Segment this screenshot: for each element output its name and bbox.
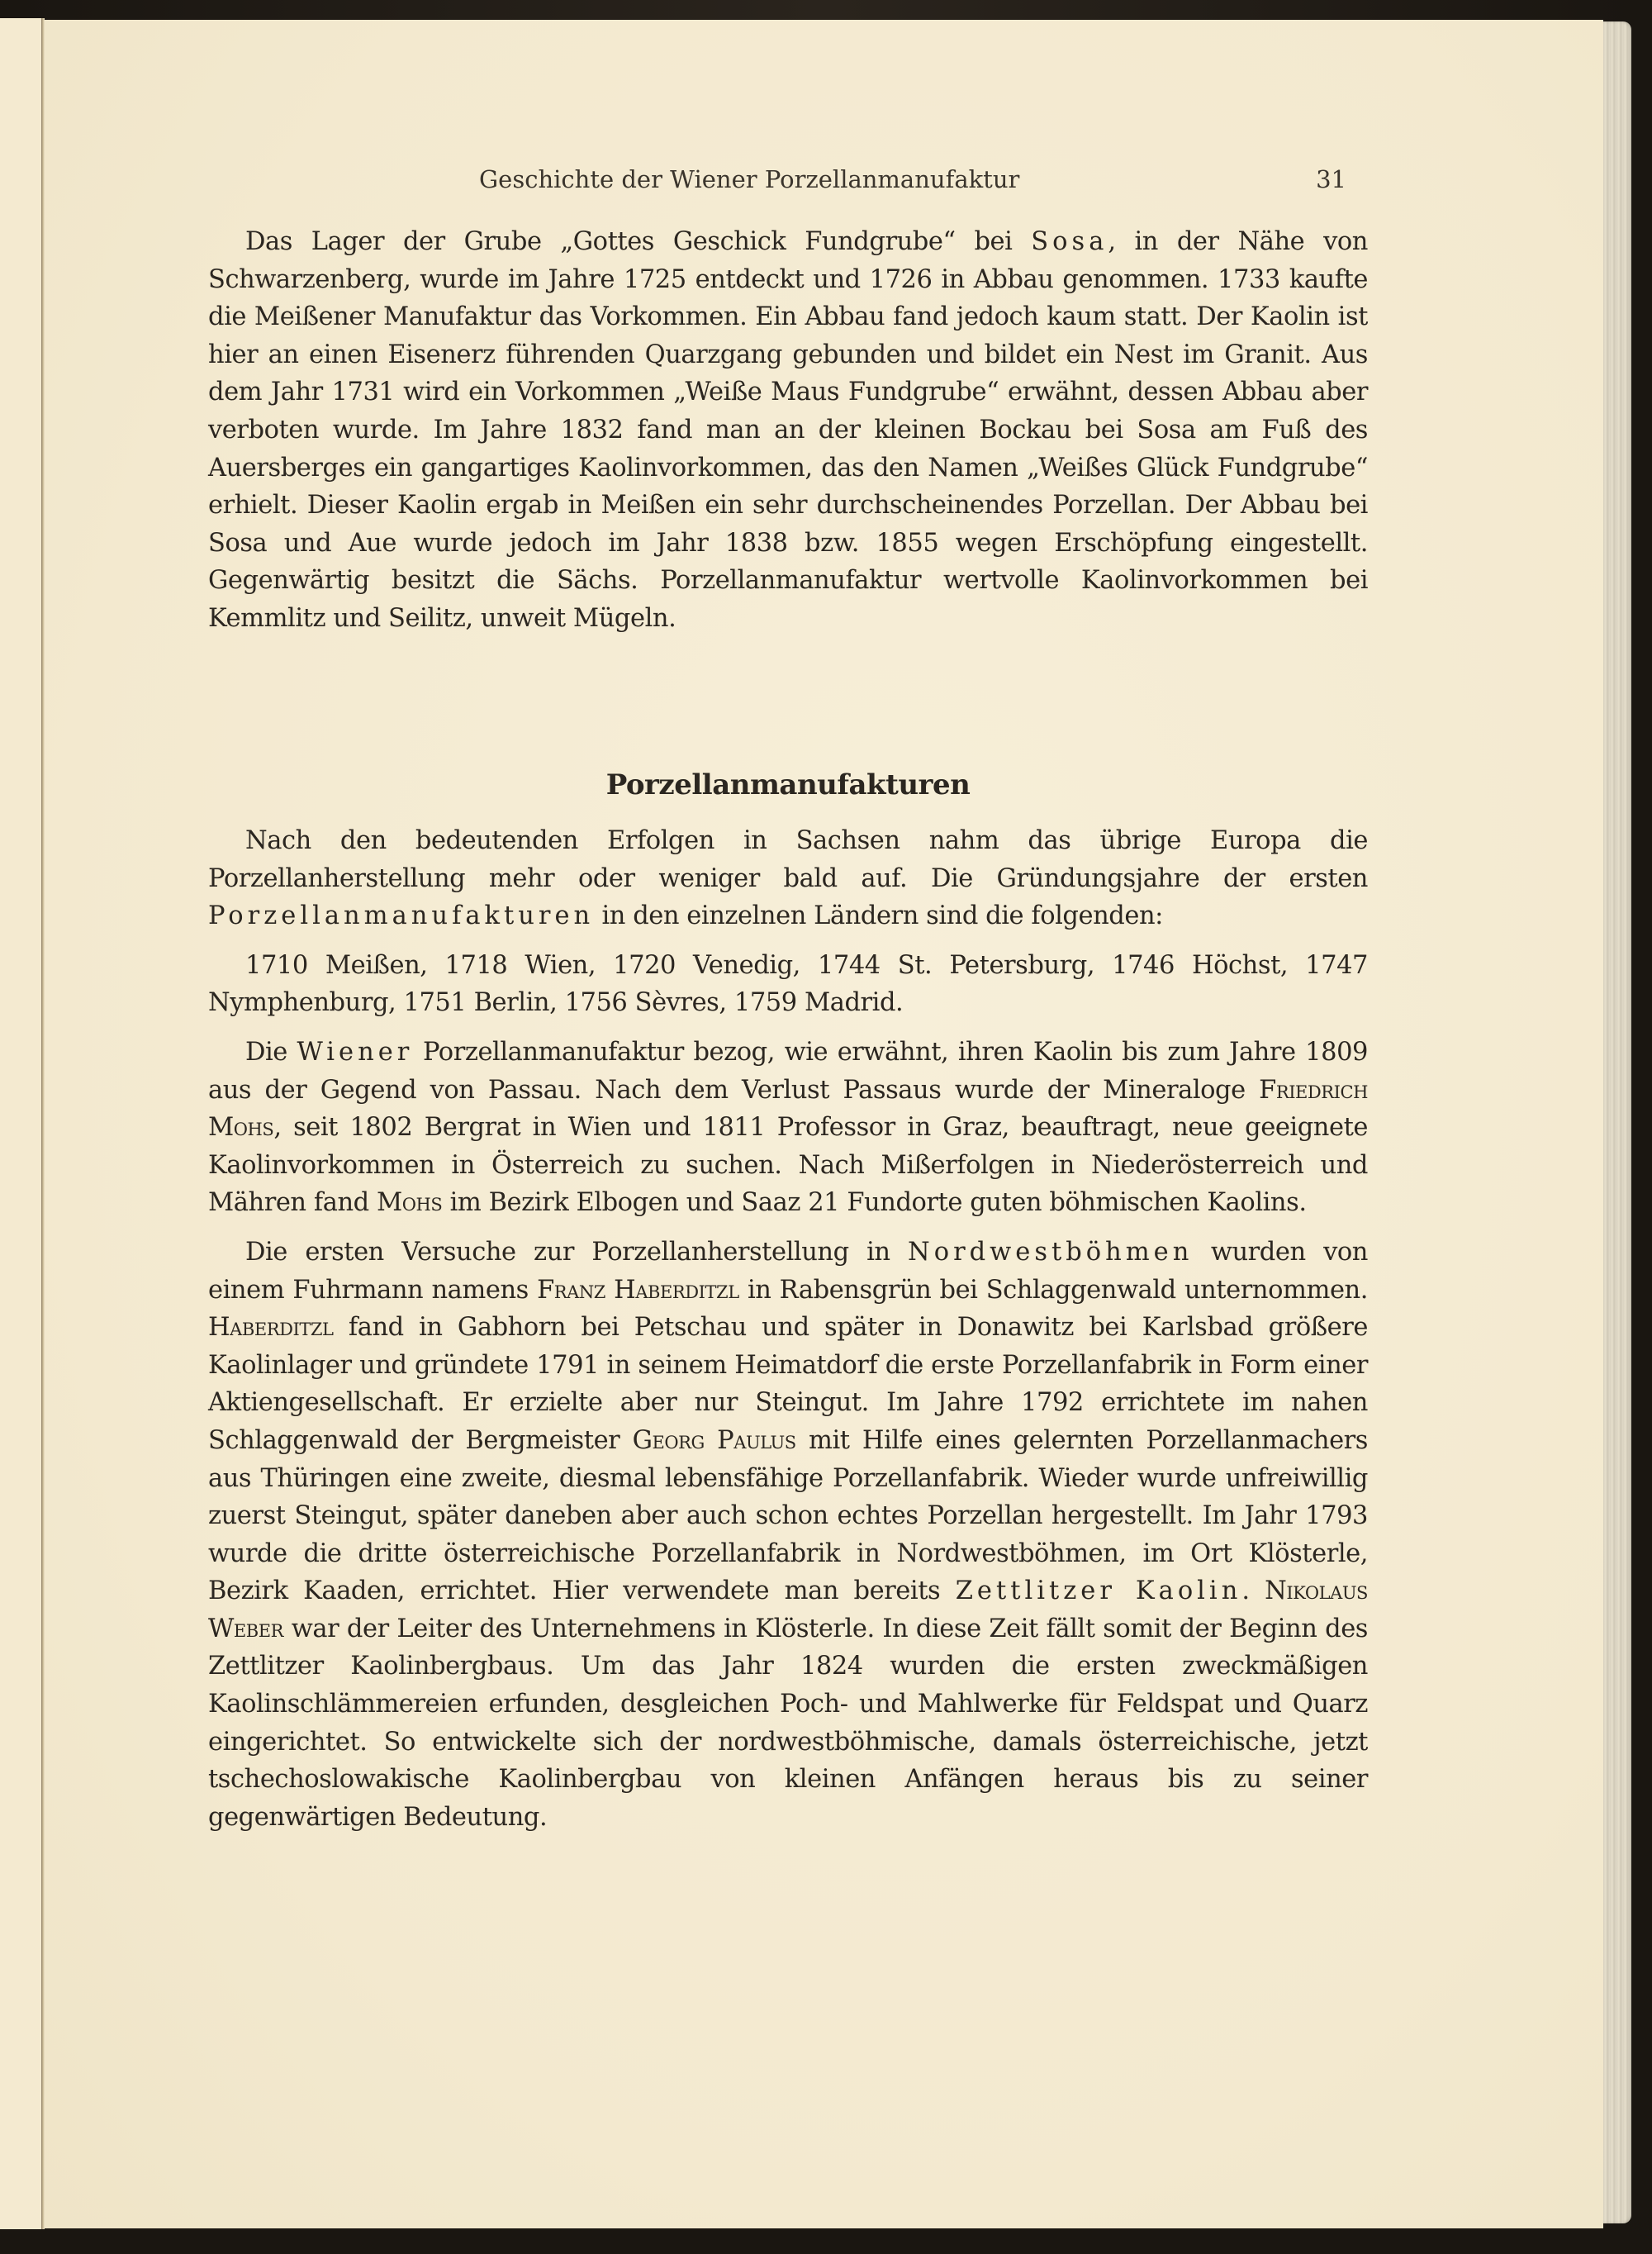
section-manufactories-text: Nach den bedeutenden Erfolgen in Sachsen… xyxy=(208,822,1368,1836)
previous-page-edge xyxy=(0,18,43,2229)
spaced-term: Wiener xyxy=(297,1038,413,1067)
paragraph-europe-porcelain: Nach den bedeutenden Erfolgen in Sachsen… xyxy=(208,822,1368,935)
person-name: Franz Haberditzl xyxy=(537,1276,739,1305)
person-name: Mohs xyxy=(377,1188,442,1217)
paragraph-founding-years: 1710 Meißen, 1718 Wien, 1720 Venedig, 17… xyxy=(208,947,1368,1022)
page-stack-edge xyxy=(1603,21,1631,2223)
paragraph-wiener-manufaktur: Die Wiener Porzellanmanufaktur bezog, wi… xyxy=(208,1034,1368,1222)
running-head-title: Geschichte der Wiener Porzellanmanufaktu… xyxy=(479,165,1019,193)
paragraph-nordwestboehmen: Die ersten Versuche zur Porzellanherstel… xyxy=(208,1234,1368,1837)
spaced-term: Zettlitzer Kaolin xyxy=(956,1576,1242,1605)
page-number: 31 xyxy=(1316,165,1346,193)
paragraph-sosa-kaolin: Das Lager der Grube „Gottes Geschick Fun… xyxy=(208,223,1368,638)
person-name: Georg Paulus xyxy=(633,1426,796,1455)
spaced-term: Sosa xyxy=(1031,227,1108,256)
spaced-term: Nordwestböhmen xyxy=(908,1238,1193,1267)
section-heading: Porzellanmanufakturen xyxy=(208,768,1368,801)
running-header: Geschichte der Wiener Porzellanmanufaktu… xyxy=(479,165,1346,200)
person-name: Haberditzl xyxy=(208,1313,334,1342)
section-intro-text: Das Lager der Grube „Gottes Geschick Fun… xyxy=(208,223,1368,638)
spaced-term: Porzellanmanufakturen xyxy=(208,901,594,930)
